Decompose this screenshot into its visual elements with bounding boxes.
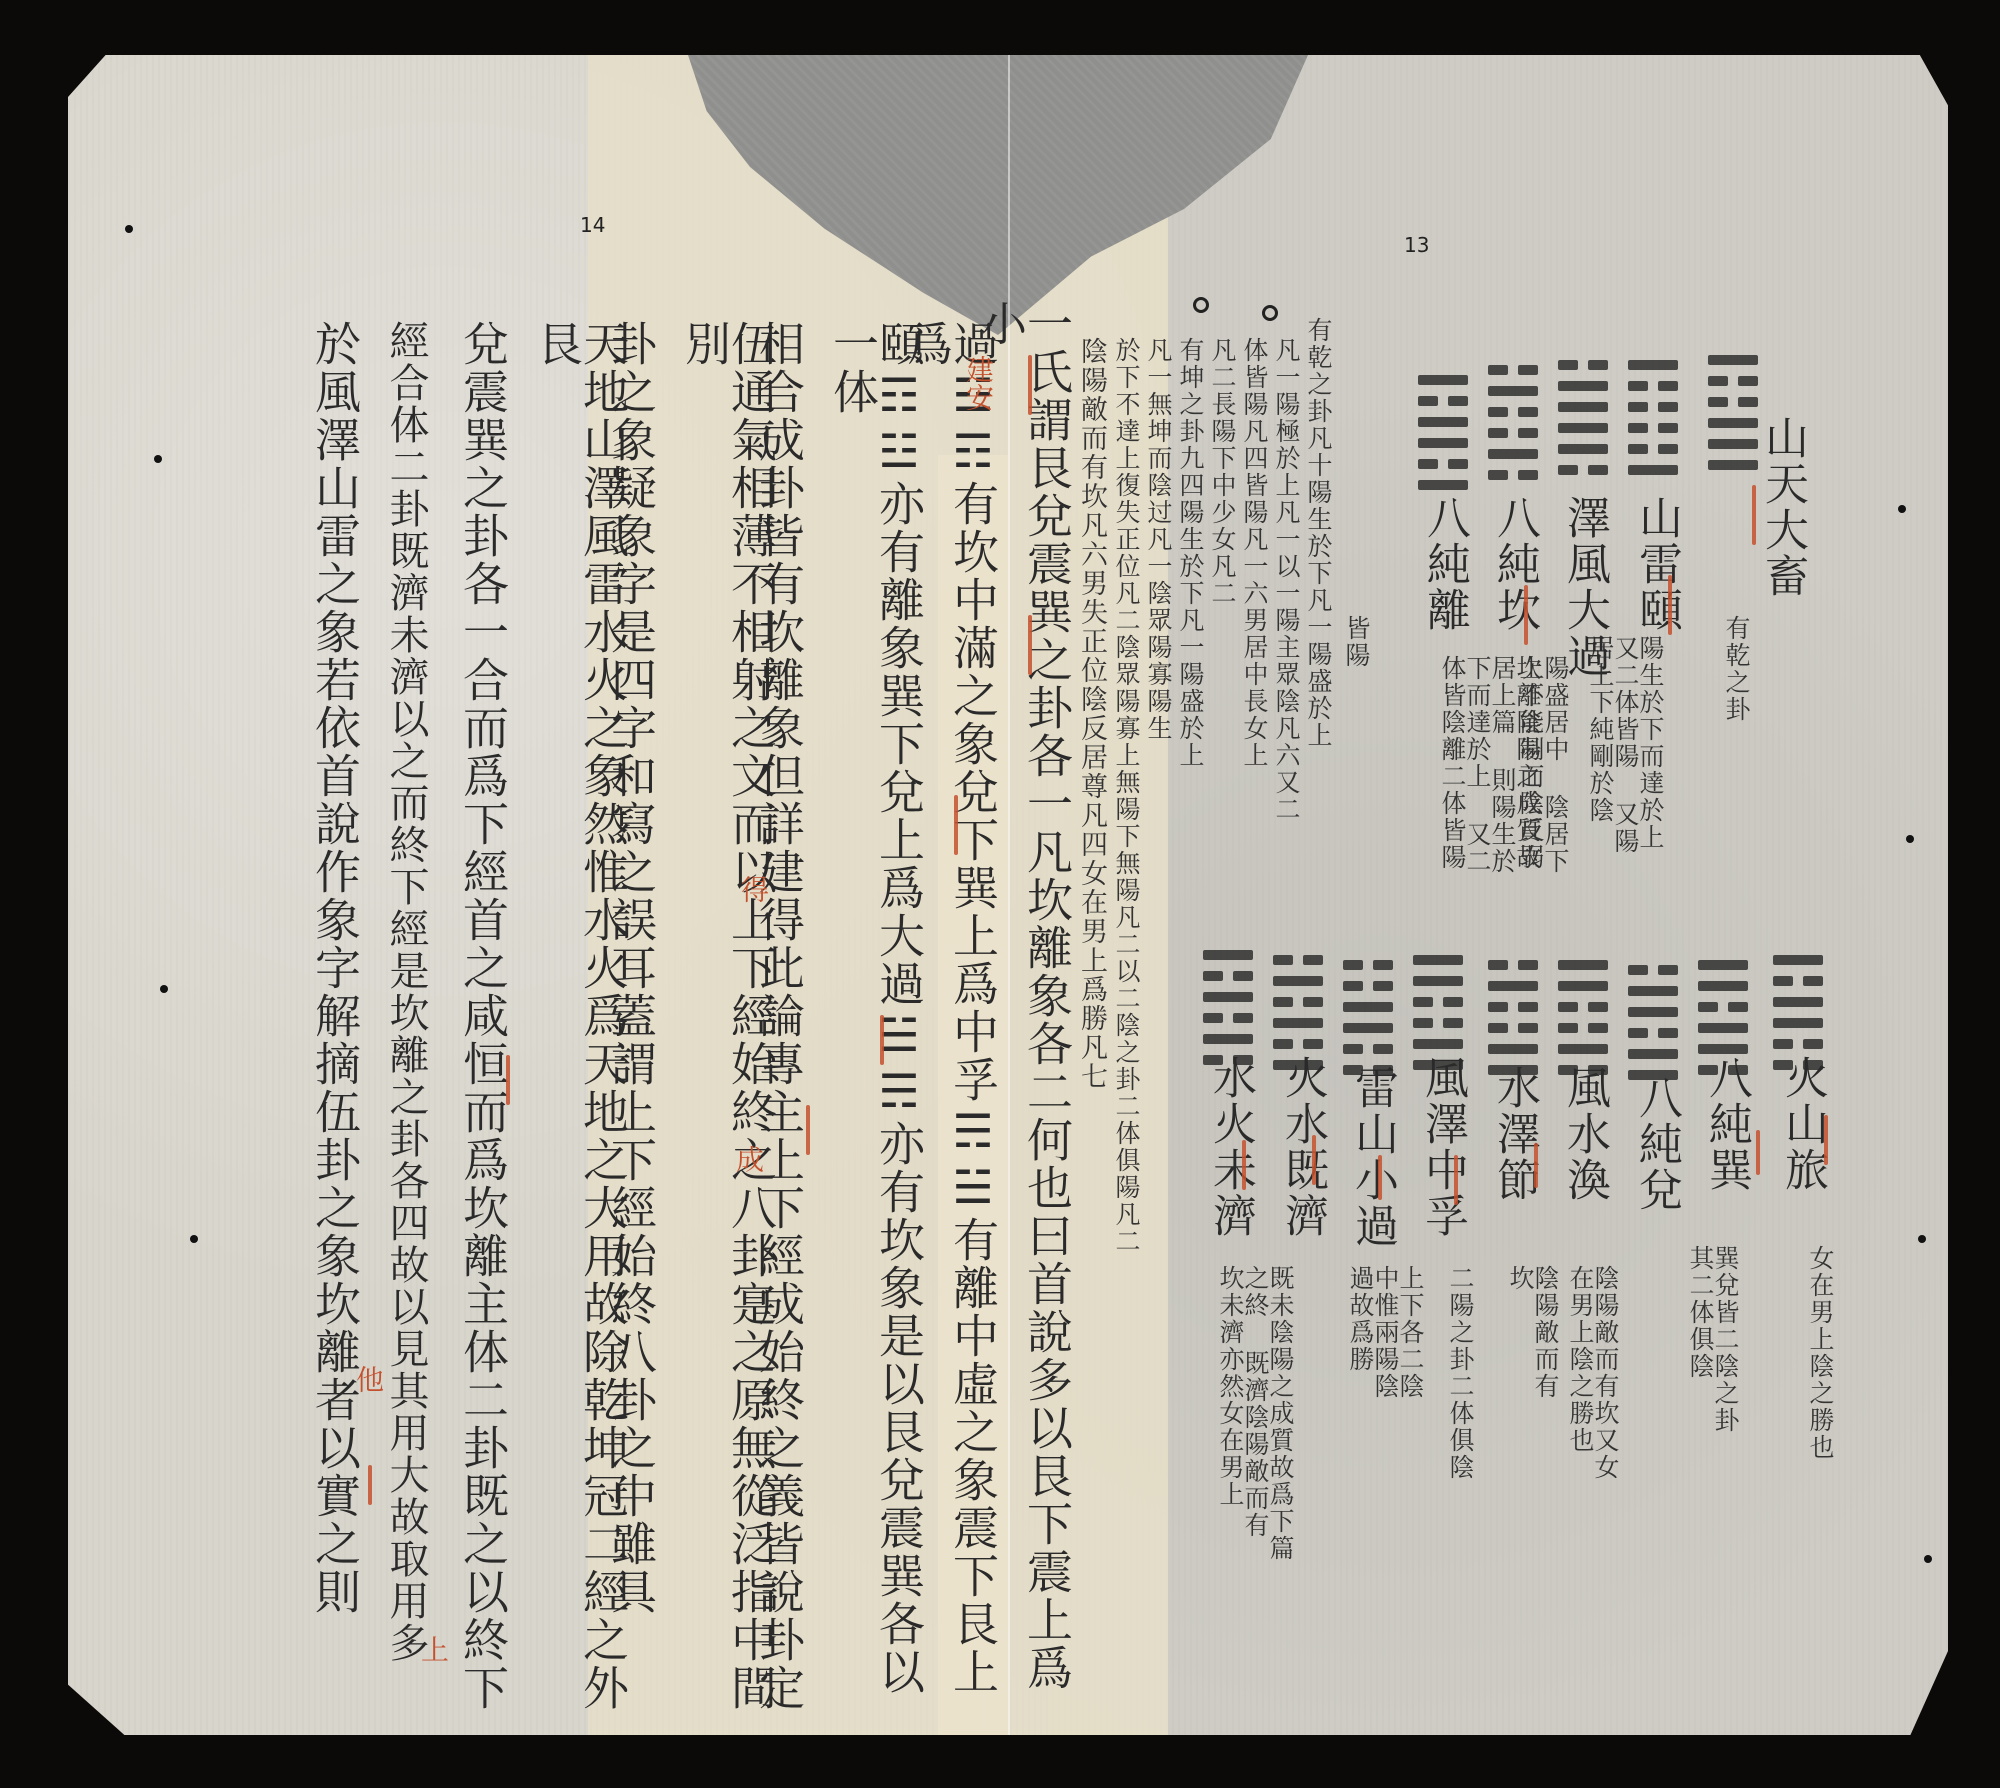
red-mark (1312, 1135, 1316, 1185)
red-mark (1028, 615, 1032, 675)
right-prose-column: 凡一陽極於上凡一以一陽主眾陰凡六又二 (1274, 337, 1299, 823)
hexagram-note: 有乾之卦 (1724, 615, 1749, 723)
hexagram-title: 八純坎 (1492, 495, 1536, 633)
hexagram-note: 上下各二陰中惟兩陽陰過故爲勝 (1348, 1265, 1423, 1425)
hexagram-note: 既未陰陽之成質故爲下篇之終 既濟陰陽敵而有坎未濟亦然女在男上 (1218, 1265, 1293, 1565)
red-mark (954, 795, 958, 855)
hexagram-note: 二陽之卦二体俱陰 (1448, 1265, 1473, 1481)
hexagram-title: 水澤節 (1492, 1065, 1536, 1203)
red-mark (1028, 355, 1032, 415)
punch-hole (160, 985, 168, 993)
red-annotation: 成 (728, 1145, 768, 1173)
hexagram-figure (1628, 965, 1678, 1080)
right-prose-column: 凡一無坤而陰过凡一陰眾陽寡陽生 (1146, 337, 1171, 742)
red-mark (880, 1015, 884, 1065)
hexagram-title: 火水既濟 (1280, 1055, 1324, 1239)
hexagram-figure (1488, 365, 1538, 480)
page-number-left: 14 (580, 213, 605, 237)
red-annotation: 上 (413, 1635, 453, 1663)
right-prose-column: 陰陽敵而有坎凡六男失正位陰反居尊凡四女在男上爲勝凡七 (1078, 337, 1105, 1091)
red-mark (1378, 1155, 1382, 1200)
hexagram-title: 八純兌 (1634, 1075, 1678, 1213)
red-mark (1242, 1140, 1246, 1190)
left-text-column: 兌震巽之卦各一合而爲下經首之咸恒而爲坎離主体二卦既之以終下 (460, 320, 506, 1712)
hexagram-note: 巽兌皆二陰之卦其二体俱陰 (1688, 1245, 1738, 1445)
hexagram-title: 火山旅 (1780, 1055, 1824, 1193)
hexagram-title: 風澤中孚 (1420, 1055, 1464, 1239)
red-annotation: 建安 (958, 355, 998, 411)
hexagram-title: 澤風大過 (1562, 495, 1606, 679)
hexagram-figure (1488, 960, 1538, 1075)
right-prose-column: 於下不達上復失正位凡二陰眾陽寡上無陽下無陽凡二以二陰之卦二体俱陽凡二 (1114, 337, 1139, 1255)
punch-hole (190, 1235, 198, 1243)
small-note: 皆陽 (1344, 615, 1369, 669)
left-text-column: 頤☶☳亦有離象巽下兌上爲大過☱☴亦有坎象是以艮兌震巽各以一体 (830, 320, 922, 1735)
hexagram-figure (1418, 375, 1468, 490)
hexagram-figure (1558, 360, 1608, 475)
punch-hole (1924, 1555, 1932, 1563)
hexagram-title: 八純巽 (1704, 1055, 1748, 1193)
hexagram-title: 山天大畜 (1760, 415, 1804, 599)
hexagram-title: 雷山小過 (1350, 1065, 1394, 1249)
red-mark (1454, 1155, 1458, 1205)
hexagram-figure (1273, 955, 1323, 1070)
red-mark (1824, 1115, 1828, 1165)
hexagram-note: 女在男上陰之勝也 (1808, 1245, 1833, 1461)
punch-hole (1898, 505, 1906, 513)
left-text-column: 天地山澤風雷水火之象然惟水火爲天地之大用故除乾坤冠二經之外艮 (534, 320, 626, 1735)
punch-hole (125, 225, 133, 233)
red-mark (1756, 1130, 1760, 1175)
punch-hole (1918, 1235, 1926, 1243)
red-mark (1534, 1143, 1538, 1188)
left-text-column: 伍通氣相薄不相射之文而以上下經始終之八卦寔之原無從泛指中間別 (682, 320, 774, 1735)
red-mark (368, 1465, 372, 1505)
right-prose-column: 有乾之卦凡十陽生於下凡一陽盛於上 (1306, 317, 1331, 749)
hexagram-figure (1413, 955, 1463, 1070)
right-prose-column: 有坤之卦九四陽生於下凡一陽盛於上 (1178, 337, 1203, 769)
left-text-column: 經合体二卦既濟未濟以之而終下經是坎離之卦各四故以見其用大故取用多 (386, 320, 426, 1664)
hexagram-figure (1773, 955, 1823, 1070)
hexagram-title: 八純離 (1422, 495, 1466, 633)
right-prose-column: 凡二長陽下中少女凡二 (1210, 337, 1235, 607)
hexagram-note: 陰陽敵而有坎又女在男上陰之勝也 (1568, 1265, 1618, 1505)
hexagram-figure (1203, 950, 1253, 1065)
red-mark (1668, 575, 1672, 635)
left-text-column: 於風澤山雷之象若依首說作象字解摘伍卦之象坎離者以實之則 (312, 320, 358, 1616)
right-prose-column: 体皆陽凡四皆陽凡一六男居中長女上 (1242, 337, 1267, 769)
hexagram-title: 風水渙 (1562, 1065, 1606, 1203)
hexagram-figure (1343, 960, 1393, 1075)
hexagram-note: 陰陽敵而有坎 (1508, 1265, 1558, 1405)
punch-hole (1906, 835, 1914, 843)
page-number-right: 13 (1404, 233, 1429, 257)
red-annotation: 得 (733, 875, 773, 903)
hexagram-figure (1558, 960, 1608, 1075)
hexagram-figure (1628, 360, 1678, 475)
red-mark (1524, 585, 1528, 645)
manuscript-sheet: 14 13 一氏謂艮兌震巽之卦各一凡坎離象各二何也曰首說多以艮下震上爲小 過☳☶… (68, 55, 1948, 1735)
red-annotation: 他 (348, 1365, 388, 1393)
red-mark (506, 1055, 510, 1105)
circle-mark (1193, 297, 1209, 313)
circle-mark (1262, 305, 1278, 321)
red-mark (1752, 485, 1756, 545)
hexagram-note: 坎離陰陽之成質故居上篇 則陽生於下而達於上 又二体皆陰離二体皆陽 (1440, 655, 1540, 895)
hexagram-figure (1708, 355, 1758, 470)
punch-hole (154, 455, 162, 463)
red-mark (806, 1105, 810, 1155)
